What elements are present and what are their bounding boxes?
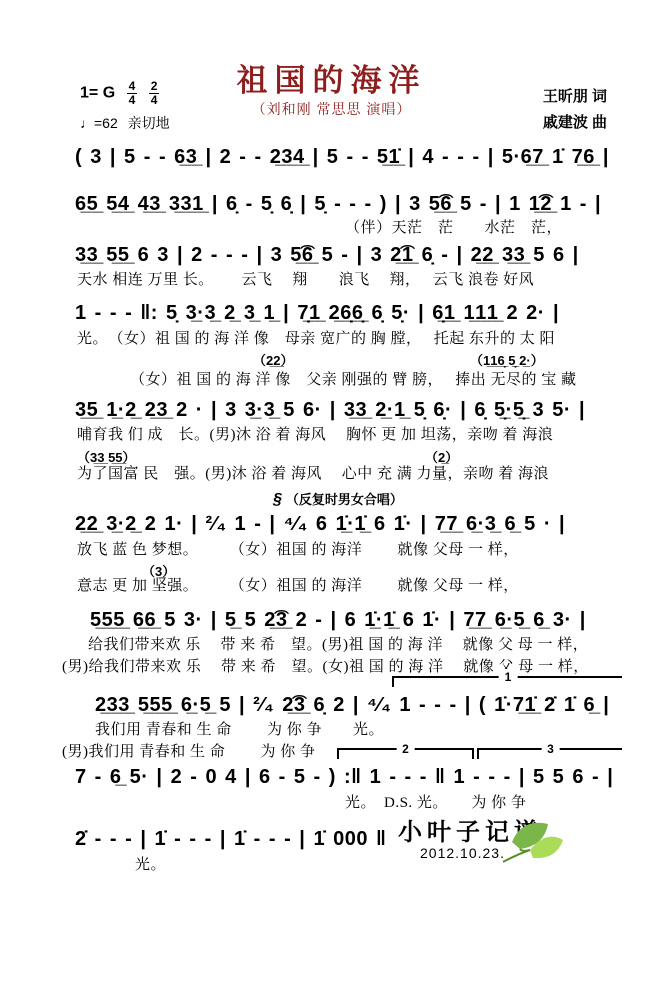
lyric-line: 光。 （女）祖 国 的 海 洋 像 母亲 宽广的 胸 膛， 托起 东升的 太 阳 [77,330,555,348]
alt-notes-annotation: （3̲3̲ 5̲5̲） [77,447,136,466]
alt-notes-annotation: （2̲2̲） [253,350,293,369]
lyric-line: 哺育我 们 成 长。(男)沐 浴 着 海风 胸怀 更 加 坦荡，亲吻 着 海浪 [77,426,553,444]
notation-line-10: 2̇ - - - | 1̇ - - - | 1̇ - - - | 1̇ 000 … [75,826,387,852]
segno-icon: § [273,491,282,508]
volta-number: 1 [499,669,518,685]
lyric-line: （伴）天茫 茫 水茫 茫， [345,219,562,237]
sheet-music-page: 1= G 4 4 2 4 ♩=62 亲切地 祖国的海洋 （刘和刚 常思思 演唱）… [0,0,663,988]
notation-line-1: ( 3 | 5 - - 6̲3̲ | 2 - - 2̲3̲4̲ | 5 - - … [75,144,609,170]
alt-notes-annotation: （1̲1̲6̲̣ 5̲̣ 2̲·） [470,350,544,369]
composer-credit: 戚建波 曲 [543,110,607,136]
expression-text: 亲切地 [128,117,170,132]
notation-line-7: 5̲5̲5̲ 6̲6̲ 5 3· | 5̲ 5 2̲͡3̲ 2 - | 6 1̲… [90,607,586,633]
lyric-line: 我们用 青春和 生 命 为 你 争 光。 [95,721,384,739]
lyric-line: （女）祖 国 的 海 洋 像 父亲 刚强的 臂 膀， 捧出 无尽的 宝 藏 [130,371,577,389]
volta-bracket-1: 1 [392,676,622,687]
credits-block: 王昕朋 词 戚建波 曲 [543,84,607,136]
lyric-line: (男)我们用 青春和 生 命 为 你 争 [62,743,316,761]
notation-line-3: 3̲3̲ 5̲5̲ 6 3 | 2 - - - | 3 5̲͡6̲ 5 - | … [75,242,579,268]
lyric-line: 放飞 蓝 色 梦想。 （女）祖国 的 海洋 就像 父母 一 样， [77,541,519,559]
segno-label: （反复时男女合唱） [286,492,403,507]
notation-line-9: 7 - 6̲ 5· | 2 - 0 4 | 6 - 5 - ) :‖ 1 - -… [75,764,613,790]
lyric-line: 为了国富 民 强。(男)沐 浴 着 海风 心中 充 满 力量，亲吻 着 海浪 [77,465,549,483]
lyric-line: 意志 更 加 坚强。 （女）祖国 的 海洋 就像 父母 一 样， [77,577,519,595]
notation-line-5: 3̲5̲ 1̲·2̲ 2̲3̲ 2 · | 3 3̲·3̲ 5 6· | 3̲3… [75,397,585,423]
segno-mark: §（反复时男女合唱） [273,489,403,509]
notation-line-4: 1 - - - ‖: 5̣ 3̲·3̲ 2̲ 3̲ 1̲ | 7̲̣1̲ 2̲6… [75,300,559,326]
leaf-logo-icon [500,804,566,872]
volta-number: 2 [396,741,415,757]
volta-number: 3 [541,741,560,757]
transcription-date: 2012.10.23. [420,845,505,861]
volta-bracket-3: 3 [477,748,622,759]
notation-line-6: 2̲2̲ 3̲·2̲ 2 1· | ²⁄₄ 1 - | ⁴⁄₄ 6 1̲̇·1̲… [75,511,565,537]
alt-notes-annotation: （2̲） [425,447,458,466]
lyric-line: 给我们带来欢 乐 带 来 希 望。(男)祖 国 的 海 洋 就像 父 母 一 样… [88,636,588,654]
lyric-line: 光。 [135,856,166,874]
lyricist-credit: 王昕朋 词 [543,84,607,110]
lyric-line: 天水 相连 万里 长。 云飞 翔 浪飞 翔， 云飞 浪卷 好风 [77,271,534,289]
notation-line-8: 2̲3̲3̲ 5̲5̲5̲ 6̲·5̲ 5 | ²⁄₄ 2̲͡3̲ 6̣ 2 |… [95,692,609,718]
volta-bracket-2: 2 [337,748,474,759]
notation-line-2: 6̲5̲ 5̲4̲ 4̲3̲ 3̲3̲1̲ | 6̣ - 5̣ 6̣ | 5̣ … [75,191,601,217]
